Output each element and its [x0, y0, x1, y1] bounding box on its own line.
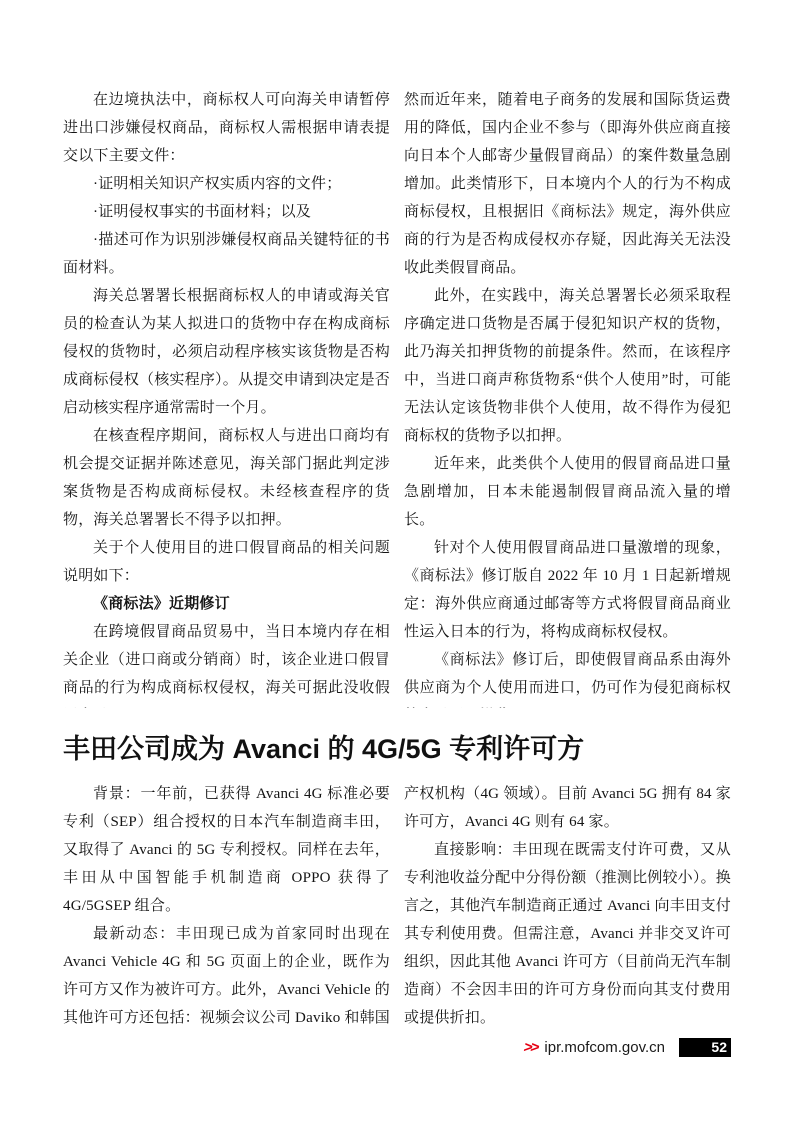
paragraph: 产权机构（4G 领域）。目前 Avanci 5G 拥有 84 家许可方，Avan… — [404, 780, 731, 836]
paragraph: 最新动态：丰田现已成为首家同时出现在 Avanci Vehicle 4G 和 5… — [63, 920, 390, 1036]
paragraph: 针对个人使用假冒商品进口量激增的现象，《商标法》修订版自 2022 年 10 月… — [404, 534, 731, 646]
paragraph: 海关总署署长根据商标权人的申请或海关官员的检查认为某人拟进口的货物中存在构成商标… — [63, 282, 390, 422]
paragraph: 背景：一年前，已获得 Avanci 4G 标准必要专利（SEP）组合授权的日本汽… — [63, 780, 390, 920]
paragraph: 《商标法》修订后，即使假冒商品系由海外供应商为个人使用而进口，仍可作为侵犯商标权… — [404, 646, 731, 708]
footer-url: ipr.mofcom.gov.cn — [544, 1039, 665, 1056]
avanci-article: 背景：一年前，已获得 Avanci 4G 标准必要专利（SEP）组合授权的日本汽… — [63, 780, 731, 1036]
customs-article-left-column: 在边境执法中，商标权人可向海关申请暂停进出口涉嫌侵权商品，商标权人需根据申请表提… — [63, 86, 390, 708]
paragraph: 在核查程序期间，商标权人与进出口商均有机会提交证据并陈述意见，海关部门据此判定涉… — [63, 422, 390, 534]
double-chevron-icon: >> — [522, 1039, 539, 1056]
paragraph: 近年来，此类供个人使用的假冒商品进口量急剧增加，日本未能遏制假冒商品流入量的增长… — [404, 450, 731, 534]
paragraph: 关于个人使用目的进口假冒商品的相关问题说明如下： — [63, 534, 390, 590]
subhead-trademark-law-revision: 《商标法》近期修订 — [63, 590, 390, 618]
page-number-badge: 52 — [679, 1038, 731, 1057]
avanci-article-title: 丰田公司成为 Avanci 的 4G/5G 专利许可方 — [63, 727, 731, 771]
paragraph: ·证明相关知识产权实质内容的文件； — [63, 170, 390, 198]
paragraph: ·描述可作为识别涉嫌侵权商品关键特征的书面材料。 — [63, 226, 390, 282]
customs-article: 在边境执法中，商标权人可向海关申请暂停进出口涉嫌侵权商品，商标权人需根据申请表提… — [63, 86, 731, 708]
magazine-page: 在边境执法中，商标权人可向海关申请暂停进出口涉嫌侵权商品，商标权人需根据申请表提… — [0, 0, 794, 1122]
customs-article-right-column: 然而近年来，随着电子商务的发展和国际货运费用的降低，国内企业不参与（即海外供应商… — [404, 86, 731, 708]
paragraph: 然而近年来，随着电子商务的发展和国际货运费用的降低，国内企业不参与（即海外供应商… — [404, 86, 731, 282]
paragraph: 直接影响：丰田现在既需支付许可费，又从专利池收益分配中分得份额（推测比例较小）。… — [404, 836, 731, 1032]
paragraph: 在跨境假冒商品贸易中，当日本境内存在相关企业（进口商或分销商）时，该企业进口假冒… — [63, 618, 390, 708]
avanci-article-right-column: 产权机构（4G 领域）。目前 Avanci 5G 拥有 84 家许可方，Avan… — [404, 780, 731, 1036]
page-footer: >> ipr.mofcom.gov.cn 52 — [524, 1038, 731, 1057]
paragraph: 更广泛影响：在视频和 WiFi 等领域的专利池 — [404, 1032, 731, 1036]
paragraph: ·证明侵权事实的书面材料；以及 — [63, 198, 390, 226]
avanci-article-left-column: 背景：一年前，已获得 Avanci 4G 标准必要专利（SEP）组合授权的日本汽… — [63, 780, 390, 1036]
paragraph: 此外，在实践中，海关总署署长必须采取程序确定进口货物是否属于侵犯知识产权的货物，… — [404, 282, 731, 450]
paragraph: 在边境执法中，商标权人可向海关申请暂停进出口涉嫌侵权商品，商标权人需根据申请表提… — [63, 86, 390, 170]
